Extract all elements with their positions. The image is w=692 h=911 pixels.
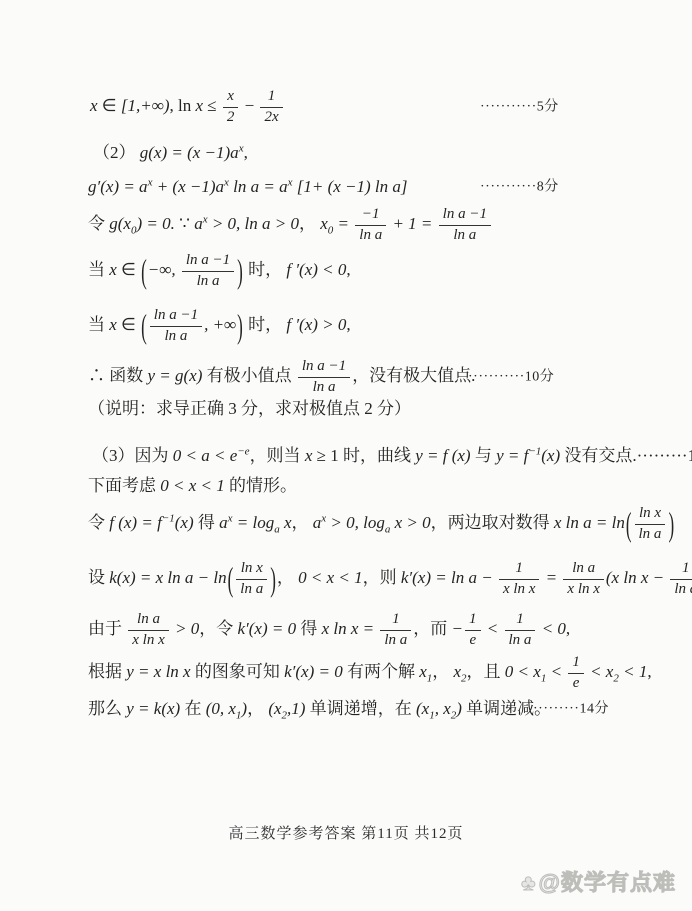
math-text: > 0 bbox=[171, 619, 199, 638]
math-text: − bbox=[452, 619, 463, 638]
formula-line-14: 根据 y = x ln x 的图象可知 k′(x) = 0 有两个解 x1， x… bbox=[88, 654, 652, 692]
math-text: ) = 0. bbox=[136, 214, 179, 233]
formula-line-15: 那么 y = k(x) 在 (0, x1)， (x2,1) 单调递增，在 (x1… bbox=[88, 698, 551, 719]
fraction: ln a −1ln a bbox=[298, 358, 350, 396]
plain-text: , ln bbox=[169, 96, 195, 115]
score-marker: ···········5分 bbox=[480, 98, 559, 116]
fraction: ln ax ln x bbox=[128, 611, 168, 649]
score-marker: ···········8分 bbox=[480, 178, 559, 196]
superscript: −1 bbox=[528, 445, 541, 457]
plain-text: 与 bbox=[471, 446, 497, 465]
math-text: f ′(x) < 0 bbox=[286, 260, 346, 279]
page-footer: 高三数学参考答案 第11页 共12页 bbox=[0, 822, 692, 843]
math-text: 0 < x < 1 bbox=[160, 476, 225, 495]
math-text: < 0 bbox=[537, 619, 565, 638]
plain-text: ， bbox=[247, 699, 268, 718]
math-text: k′(x) = ln a − bbox=[401, 568, 497, 587]
score-marker: ···········10分 bbox=[468, 368, 554, 386]
big-paren: ( bbox=[141, 250, 147, 293]
math-text: x bbox=[320, 214, 328, 233]
formula-line-6: 当 x ∈ (ln a −1ln a, +∞) 时， f ′(x) > 0, bbox=[88, 307, 351, 345]
plain-text: ∵ bbox=[179, 214, 194, 233]
plain-text: 时， bbox=[244, 315, 287, 334]
fraction: 1ln a bbox=[670, 560, 692, 598]
math-text: < bbox=[546, 662, 566, 681]
fraction: ln a −1ln a bbox=[150, 307, 202, 345]
fraction: 1x ln x bbox=[499, 560, 539, 598]
plain-text: （2） bbox=[93, 143, 140, 162]
plain-text: （说明：求导正确 3 分，求对极值点 2 分） bbox=[88, 399, 411, 418]
fraction: ln xln a bbox=[236, 560, 267, 598]
superscript: −1 bbox=[162, 512, 175, 524]
fraction: ln a −1ln a bbox=[182, 252, 234, 290]
plain-text: ，没有极大值点. bbox=[352, 366, 475, 385]
plain-text: ，且 bbox=[467, 662, 505, 681]
math-text: [1,+∞) bbox=[121, 96, 170, 115]
math-text: −∞, bbox=[148, 260, 180, 279]
fraction: ln a −1ln a bbox=[439, 206, 491, 244]
fraction: 12x bbox=[260, 88, 282, 126]
plain-text: 得 bbox=[296, 619, 322, 638]
plain-text: , bbox=[346, 315, 350, 334]
math-text: y = f bbox=[496, 446, 528, 465]
plain-text: , bbox=[647, 662, 651, 681]
big-paren: ) bbox=[270, 558, 276, 601]
math-text: = bbox=[333, 214, 353, 233]
watermark-logo-icon: ♣ bbox=[521, 870, 536, 895]
plain-text: 当 bbox=[88, 260, 109, 279]
formula-line-3: g′(x) = ax + (x −1)ax ln a = ax [1+ (x −… bbox=[88, 176, 408, 197]
math-text: (x bbox=[268, 699, 281, 718]
plain-text: 令 bbox=[88, 513, 109, 532]
plain-text: − bbox=[240, 96, 258, 115]
math-text: x bbox=[90, 96, 98, 115]
plain-text: 设 bbox=[88, 568, 109, 587]
math-text: a bbox=[219, 513, 228, 532]
big-paren: ( bbox=[228, 558, 234, 601]
fraction: ln ax ln x bbox=[563, 560, 603, 598]
plain-text: 根据 bbox=[88, 662, 126, 681]
math-text: y = g(x) bbox=[148, 366, 203, 385]
math-text: f ′(x) > 0 bbox=[286, 315, 346, 334]
formula-line-5: 当 x ∈ (−∞, ln a −1ln a) 时， f ′(x) < 0, bbox=[88, 252, 351, 290]
math-text: < 1 bbox=[619, 662, 647, 681]
watermark: ♣@数学有点难 bbox=[521, 866, 676, 897]
math-text: x bbox=[109, 315, 117, 334]
math-text: < x bbox=[586, 662, 614, 681]
plain-text: ≥ 1 时，曲线 bbox=[312, 446, 415, 465]
math-text: a bbox=[194, 214, 203, 233]
big-paren: ) bbox=[237, 305, 243, 348]
formula-line-12: 设 k(x) = x ln a − ln(ln xln a)， 0 < x < … bbox=[88, 560, 692, 598]
formula-line-7: ∴ 函数 y = g(x) 有极小值点 ln a −1ln a，没有极大值点.·… bbox=[88, 358, 475, 396]
formula-line-11: 令 f (x) = f−1(x) 得 ax = loga x， ax > 0, … bbox=[88, 505, 675, 543]
formula-line-10: 下面考虑 0 < x < 1 的情形。 bbox=[88, 475, 297, 496]
math-text: (x) bbox=[541, 446, 560, 465]
math-text: y = k(x) bbox=[126, 699, 180, 718]
plain-text: ， bbox=[432, 662, 453, 681]
math-text: g(x) = (x −1)a bbox=[140, 143, 239, 162]
math-text: (x) bbox=[175, 513, 194, 532]
big-paren: ) bbox=[668, 503, 674, 546]
plain-text: ，令 bbox=[199, 619, 237, 638]
plain-text: ， bbox=[299, 214, 320, 233]
fraction: x2 bbox=[223, 88, 239, 126]
plain-text: ∈ bbox=[117, 315, 140, 334]
math-text: (x ln x − bbox=[606, 568, 668, 587]
plain-text: , bbox=[244, 143, 248, 162]
plain-text: ≤ bbox=[203, 96, 221, 115]
math-text: y = f (x) bbox=[415, 446, 470, 465]
big-paren: ( bbox=[141, 305, 147, 348]
plain-text: 当 bbox=[88, 315, 109, 334]
plain-text: 的情形。 bbox=[225, 476, 297, 495]
math-text: + 1 = bbox=[388, 214, 436, 233]
plain-text: 下面考虑 bbox=[88, 476, 160, 495]
plain-text: , bbox=[346, 260, 350, 279]
big-paren: ) bbox=[237, 250, 243, 293]
plain-text: 由于 bbox=[88, 619, 126, 638]
plain-text: 时， bbox=[244, 260, 287, 279]
math-text: x bbox=[419, 662, 427, 681]
math-text: x bbox=[454, 662, 462, 681]
plain-text: ∈ bbox=[117, 260, 140, 279]
math-text: 0 < x < 1 bbox=[298, 568, 363, 587]
plain-text: 令 bbox=[88, 214, 109, 233]
math-text: f (x) = f bbox=[109, 513, 162, 532]
math-text: g′(x) = a bbox=[88, 177, 148, 196]
math-text: y = x ln x bbox=[126, 662, 190, 681]
math-text: k′(x) = 0 bbox=[284, 662, 343, 681]
plain-text: 单调递增，在 bbox=[305, 699, 416, 718]
fraction: −1ln a bbox=[355, 206, 386, 244]
big-paren: ( bbox=[626, 503, 632, 546]
math-text: x bbox=[109, 260, 117, 279]
fraction: 1ln a bbox=[505, 611, 536, 649]
math-text: x bbox=[195, 96, 203, 115]
math-text: = log bbox=[233, 513, 275, 532]
math-text: k′(x) = 0 bbox=[237, 619, 296, 638]
formula-line-9: （3）因为 0 < a < e−e，则当 x ≥ 1 时，曲线 y = f (x… bbox=[92, 445, 692, 466]
plain-text: ，而 bbox=[413, 619, 451, 638]
fraction: ln xln a bbox=[635, 505, 666, 543]
math-text: > 0, log bbox=[326, 513, 385, 532]
math-text: 0 < a < e bbox=[173, 446, 238, 465]
plain-text: ∴ 函数 bbox=[88, 366, 148, 385]
plain-text: （3）因为 bbox=[92, 446, 173, 465]
formula-line-4: 令 g(x0) = 0. ∵ ax > 0, ln a > 0， x0 = −1… bbox=[88, 206, 493, 244]
math-text: k(x) = x ln a − ln bbox=[109, 568, 226, 587]
plain-text: 得 bbox=[194, 513, 220, 532]
fraction: 1ln a bbox=[380, 611, 411, 649]
math-text: x bbox=[280, 513, 292, 532]
plain-text: , bbox=[566, 619, 570, 638]
plain-text: ∈ bbox=[98, 96, 121, 115]
math-text: > 0, ln a > 0 bbox=[208, 214, 299, 233]
math-text: ,1) bbox=[287, 699, 305, 718]
plain-text: 有极小值点 bbox=[202, 366, 296, 385]
math-text: 0 < x bbox=[505, 662, 541, 681]
math-text: x > 0 bbox=[390, 513, 430, 532]
plain-text: ，则 bbox=[363, 568, 401, 587]
plain-text: ， bbox=[277, 568, 298, 587]
watermark-text: @数学有点难 bbox=[539, 870, 676, 895]
fraction: 1e bbox=[568, 654, 584, 692]
plain-text: 有两个解 bbox=[343, 662, 420, 681]
math-text: g(x bbox=[109, 214, 131, 233]
scanned-answer-page: x ∈ [1,+∞), ln x ≤ x2 − 12x···········5分… bbox=[0, 0, 692, 911]
plain-text: 在 bbox=[180, 699, 206, 718]
math-text: ln a = a bbox=[229, 177, 288, 196]
plain-text: ，则当 bbox=[250, 446, 305, 465]
math-text: [1+ (x −1) ln a] bbox=[293, 177, 408, 196]
formula-line-13: 由于 ln ax ln x > 0，令 k′(x) = 0 得 x ln x =… bbox=[88, 611, 570, 649]
superscript: −e bbox=[237, 445, 249, 457]
plain-text: 那么 bbox=[88, 699, 126, 718]
plain-text: 的图象可知 bbox=[191, 662, 285, 681]
plain-text: ，两边取对数得 bbox=[431, 513, 554, 532]
math-text: , +∞ bbox=[204, 315, 236, 334]
math-text: = bbox=[541, 568, 561, 587]
math-text: (x bbox=[416, 699, 429, 718]
math-text: x ln x = bbox=[322, 619, 379, 638]
formula-line-1: x ∈ [1,+∞), ln x ≤ x2 − 12x···········5分 bbox=[90, 88, 285, 126]
plain-text: ， bbox=[292, 513, 313, 532]
math-text: x ln a = ln bbox=[554, 513, 625, 532]
math-text: a bbox=[313, 513, 322, 532]
math-text: (0, x bbox=[206, 699, 236, 718]
math-text: , x bbox=[435, 699, 451, 718]
score-marker: ·········14分 bbox=[533, 700, 609, 718]
fraction: 1e bbox=[465, 611, 481, 649]
math-text: < bbox=[483, 619, 503, 638]
plain-text: 没有交点.·········11分 bbox=[560, 446, 692, 465]
formula-line-8: （说明：求导正确 3 分，求对极值点 2 分） bbox=[88, 398, 411, 419]
math-text: + (x −1)a bbox=[152, 177, 224, 196]
formula-line-2: （2） g(x) = (x −1)ax, bbox=[93, 142, 248, 163]
